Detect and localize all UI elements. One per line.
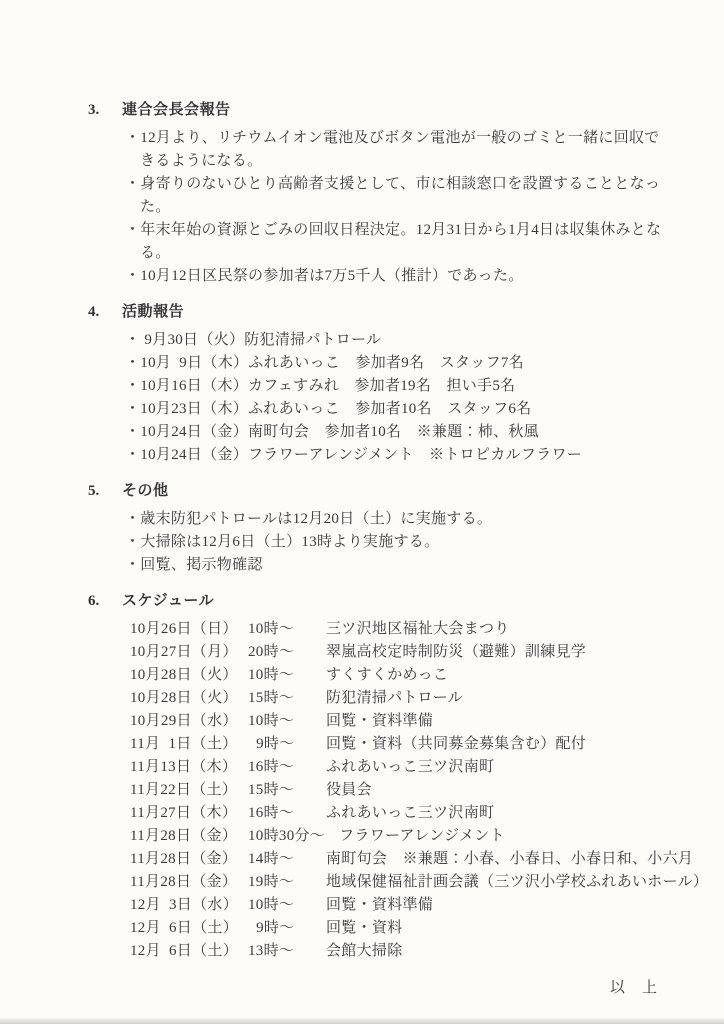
section-heading: 4. 活動報告 bbox=[88, 302, 664, 322]
schedule-time: 15時～ bbox=[248, 687, 312, 710]
section-heading: 5. その他 bbox=[88, 481, 664, 501]
section-number: 4. bbox=[88, 302, 122, 322]
schedule-row: 11月 1日（土） 9時～ 回覧・資料（共同募金募集含む）配付 bbox=[130, 733, 664, 756]
schedule-time: 16時～ bbox=[248, 802, 312, 825]
bullet-item: ・歳末防犯パトロールは12月20日（土）に実施する。 bbox=[125, 508, 664, 531]
bullet-list: ・歳末防犯パトロールは12月20日（土）に実施する。 ・大掃除は12月6日（土）… bbox=[125, 508, 664, 577]
schedule-date: 11月28日（金） bbox=[130, 848, 248, 871]
schedule-row: 10月28日（火） 15時～ 防犯清掃パトロール bbox=[130, 687, 664, 710]
section-federation-chair-report: 3. 連合会長会報告 ・12月より、リチウムイオン電池及びボタン電池が一般のゴミ… bbox=[88, 100, 664, 288]
schedule-event: 回覧・資料（共同募金募集含む）配付 bbox=[326, 733, 586, 756]
schedule-event: ふれあいっこ三ツ沢南町 bbox=[326, 756, 494, 779]
scanned-document-page: 3. 連合会長会報告 ・12月より、リチウムイオン電池及びボタン電池が一般のゴミ… bbox=[0, 0, 724, 1024]
schedule-event: 回覧・資料準備 bbox=[326, 894, 433, 917]
bullet-item: ・年末年始の資源とごみの回収日程決定。12月31日から1月4日は収集休みとなる。 bbox=[125, 219, 664, 265]
bullet-item: ・身寄りのないひとり高齢者支援として、市に相談窓口を設置することとなった。 bbox=[125, 173, 664, 219]
schedule-table: 10月26日（日） 10時～ 三ツ沢地区福祉大会まつり 10月27日（月） 20… bbox=[130, 618, 664, 963]
section-number: 5. bbox=[88, 481, 122, 501]
schedule-time: 10時～ bbox=[248, 710, 312, 733]
schedule-event: 翠嵐高校定時制防災（避難）訓練見学 bbox=[326, 641, 586, 664]
section-title: 活動報告 bbox=[122, 302, 184, 322]
schedule-row: 12月 6日（土） 13時～ 会館大掃除 bbox=[130, 940, 664, 963]
schedule-row: 11月27日（木） 16時～ ふれあいっこ三ツ沢南町 bbox=[130, 802, 664, 825]
schedule-time: 10時～ bbox=[248, 664, 312, 687]
bullet-item: ・10月16日（木）カフェすみれ 参加者19名 担い手5名 bbox=[125, 375, 664, 398]
schedule-event: 役員会 bbox=[326, 779, 372, 802]
schedule-date: 12月 6日（土） bbox=[130, 940, 248, 963]
schedule-date: 11月27日（木） bbox=[130, 802, 248, 825]
schedule-date: 10月28日（火） bbox=[130, 664, 248, 687]
section-title: スケジュール bbox=[122, 591, 214, 611]
schedule-date: 11月28日（金） bbox=[130, 871, 248, 894]
schedule-row: 12月 6日（土） 9時～ 回覧・資料 bbox=[130, 917, 664, 940]
schedule-date: 10月27日（月） bbox=[130, 641, 248, 664]
schedule-time: 10時～ bbox=[248, 618, 312, 641]
section-heading: 6. スケジュール bbox=[88, 591, 664, 611]
bullet-item: ・ 9月30日（火）防犯清掃パトロール bbox=[125, 329, 664, 352]
schedule-date: 10月26日（日） bbox=[130, 618, 248, 641]
schedule-time: 20時～ bbox=[248, 641, 312, 664]
bullet-item: ・10月24日（金）南町句会 参加者10名 ※兼題：柿、秋風 bbox=[125, 421, 664, 444]
schedule-date: 11月22日（土） bbox=[130, 779, 248, 802]
schedule-event: 防犯清掃パトロール bbox=[326, 687, 463, 710]
schedule-row: 11月28日（金） 19時～ 地域保健福祉計画会議（三ツ沢小学校ふれあいホール） bbox=[130, 871, 664, 894]
schedule-event: 三ツ沢地区福祉大会まつり bbox=[326, 618, 510, 641]
scan-edge-shadow bbox=[0, 1017, 724, 1024]
schedule-date: 10月28日（火） bbox=[130, 687, 248, 710]
schedule-date: 11月 1日（土） bbox=[130, 733, 248, 756]
bullet-item: ・12月より、リチウムイオン電池及びボタン電池が一般のゴミと一緒に回収できるよう… bbox=[125, 127, 664, 173]
schedule-time: 19時～ bbox=[248, 871, 312, 894]
closing-text: 以 上 bbox=[88, 977, 664, 1000]
schedule-row: 11月22日（土） 15時～ 役員会 bbox=[130, 779, 664, 802]
schedule-event: 回覧・資料 bbox=[326, 917, 403, 940]
schedule-row: 10月26日（日） 10時～ 三ツ沢地区福祉大会まつり bbox=[130, 618, 664, 641]
section-title: その他 bbox=[122, 481, 169, 501]
section-number: 6. bbox=[88, 591, 122, 611]
section-number: 3. bbox=[88, 100, 122, 120]
section-title: 連合会長会報告 bbox=[122, 100, 231, 120]
schedule-date: 10月29日（水） bbox=[130, 710, 248, 733]
schedule-time: 9時～ bbox=[248, 917, 312, 940]
schedule-row: 10月29日（水） 10時～ 回覧・資料準備 bbox=[130, 710, 664, 733]
bullet-list: ・ 9月30日（火）防犯清掃パトロール ・10月 9日（木）ふれあいっこ 参加者… bbox=[125, 329, 664, 467]
schedule-event: 南町句会 ※兼題：小春、小春日、小春日和、小六月 bbox=[326, 848, 693, 871]
schedule-event: ふれあいっこ三ツ沢南町 bbox=[326, 802, 494, 825]
section-schedule: 6. スケジュール 10月26日（日） 10時～ 三ツ沢地区福祉大会まつり 10… bbox=[88, 591, 664, 963]
schedule-time: 9時～ bbox=[248, 733, 312, 756]
schedule-time: 13時～ bbox=[248, 940, 312, 963]
bullet-item: ・10月23日（木）ふれあいっこ 参加者10名 スタッフ6名 bbox=[125, 398, 664, 421]
bullet-item: ・回覧、掲示物確認 bbox=[125, 554, 664, 577]
bullet-item: ・10月12日区民祭の参加者は7万5千人（推計）であった。 bbox=[125, 265, 664, 288]
schedule-date: 12月 6日（土） bbox=[130, 917, 248, 940]
schedule-time: 16時～ bbox=[248, 756, 312, 779]
bullet-item: ・大掃除は12月6日（土）13時より実施する。 bbox=[125, 531, 664, 554]
bullet-item: ・10月24日（金）フラワーアレンジメント ※トロピカルフラワー bbox=[125, 444, 664, 467]
schedule-row: 10月28日（火） 10時～ すくすくかめっこ bbox=[130, 664, 664, 687]
section-activity-report: 4. 活動報告 ・ 9月30日（火）防犯清掃パトロール ・10月 9日（木）ふれ… bbox=[88, 302, 664, 467]
schedule-row: 11月28日（金） 14時～ 南町句会 ※兼題：小春、小春日、小春日和、小六月 bbox=[130, 848, 664, 871]
schedule-time: 15時～ bbox=[248, 779, 312, 802]
schedule-date: 12月 3日（水） bbox=[130, 894, 248, 917]
schedule-event: フラワーアレンジメント bbox=[339, 825, 505, 848]
bullet-list: ・12月より、リチウムイオン電池及びボタン電池が一般のゴミと一緒に回収できるよう… bbox=[125, 127, 664, 288]
schedule-event: すくすくかめっこ bbox=[326, 664, 448, 687]
schedule-time: 14時～ bbox=[248, 848, 312, 871]
schedule-time: 10時30分～ bbox=[248, 825, 325, 848]
schedule-row: 11月13日（木） 16時～ ふれあいっこ三ツ沢南町 bbox=[130, 756, 664, 779]
schedule-date: 11月28日（金） bbox=[130, 825, 248, 848]
schedule-date: 11月13日（木） bbox=[130, 756, 248, 779]
schedule-event: 会館大掃除 bbox=[326, 940, 403, 963]
schedule-row: 11月28日（金） 10時30分～ フラワーアレンジメント bbox=[130, 825, 664, 848]
schedule-row: 10月27日（月） 20時～ 翠嵐高校定時制防災（避難）訓練見学 bbox=[130, 641, 664, 664]
section-other: 5. その他 ・歳末防犯パトロールは12月20日（土）に実施する。 ・大掃除は1… bbox=[88, 481, 664, 577]
section-heading: 3. 連合会長会報告 bbox=[88, 100, 664, 120]
document-body: 3. 連合会長会報告 ・12月より、リチウムイオン電池及びボタン電池が一般のゴミ… bbox=[0, 0, 724, 1000]
schedule-time: 10時～ bbox=[248, 894, 312, 917]
schedule-row: 12月 3日（水） 10時～ 回覧・資料準備 bbox=[130, 894, 664, 917]
bullet-item: ・10月 9日（木）ふれあいっこ 参加者9名 スタッフ7名 bbox=[125, 352, 664, 375]
schedule-event: 地域保健福祉計画会議（三ツ沢小学校ふれあいホール） bbox=[326, 871, 708, 894]
schedule-event: 回覧・資料準備 bbox=[326, 710, 433, 733]
